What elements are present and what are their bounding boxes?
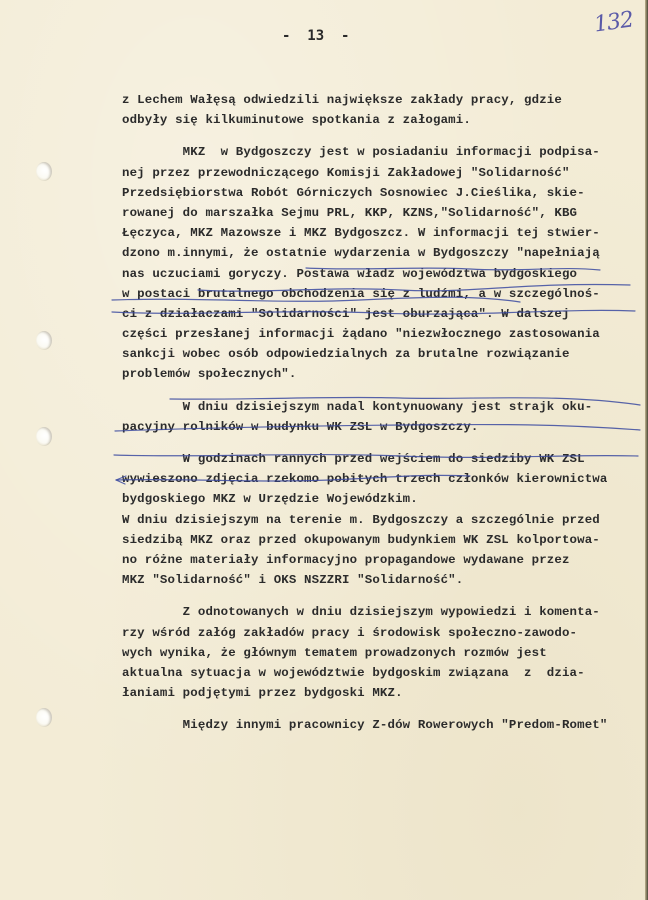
punch-hole (36, 331, 52, 350)
text-line: Między innymi pracownicy Z-dów Rowerowyc… (122, 715, 642, 735)
document-body: z Lechem Wałęsą odwiedzili największe za… (122, 90, 642, 735)
document-page: - 13 - 132 z Lechem Wałęsą odwiedzili na… (0, 0, 648, 900)
paragraph-gap (122, 385, 642, 397)
page-number: - 13 - (282, 28, 349, 44)
archive-number-handwritten: 132 (592, 7, 634, 37)
paragraph-gap (122, 590, 642, 602)
text-line: bydgoskiego MKZ w Urzędzie Wojewódzkim. (122, 489, 642, 509)
text-line: odbyły się kilkuminutowe spotkania z zał… (122, 110, 642, 130)
paragraph-gap (122, 130, 642, 142)
text-line: sankcji wobec osób odpowiedzialnych za b… (122, 344, 642, 364)
punch-hole (36, 427, 52, 446)
text-line: MKZ "Solidarność" i OKS NSZZRI "Solidarn… (122, 570, 642, 590)
text-line: wych wynika, że głównym tematem prowadzo… (122, 643, 642, 663)
text-line: Przedsiębiorstwa Robót Górniczych Sosnow… (122, 183, 642, 203)
text-line: nej przez przewodniczącego Komisji Zakła… (122, 163, 642, 183)
text-line: W dniu dzisiejszym na terenie m. Bydgosz… (122, 510, 642, 530)
text-line: W dniu dzisiejszym nadal kontynuowany je… (122, 397, 642, 417)
text-line: W godzinach rannych przed wejściem do si… (122, 449, 642, 469)
text-line: nas uczuciami goryczy. Postawa władz woj… (122, 264, 642, 284)
text-line: dzono m.innymi, że ostatnie wydarzenia w… (122, 243, 642, 263)
text-line: Łęczyca, MKZ Mazowsze i MKZ Bydgoszcz. W… (122, 223, 642, 243)
text-line: problemów społecznych". (122, 364, 642, 384)
paragraph-gap (122, 703, 642, 715)
text-line: łaniami podjętymi przez bydgoski MKZ. (122, 683, 642, 703)
text-line: pacyjny rolników w budynku WK ZSL w Bydg… (122, 417, 642, 437)
text-line: aktualna sytuacja w województwie bydgosk… (122, 663, 642, 683)
text-line: no różne materiały informacyjno propagan… (122, 550, 642, 570)
punch-hole (36, 708, 52, 727)
text-line: Z odnotowanych w dniu dzisiejszym wypowi… (122, 602, 642, 622)
text-line: MKZ w Bydgoszczy jest w posiadaniu infor… (122, 142, 642, 162)
paragraph-gap (122, 437, 642, 449)
punch-hole (36, 162, 52, 181)
text-line: ci z działaczami "Solidarności" jest obu… (122, 304, 642, 324)
text-line: części przesłanej informacji żądano "nie… (122, 324, 642, 344)
text-line: w postaci brutalnego obchodzenia się z l… (122, 284, 642, 304)
text-line: wywieszono zdjęcia rzekomo pobitych trze… (122, 469, 642, 489)
text-line: rzy wśród załóg zakładów pracy i środowi… (122, 623, 642, 643)
text-line: z Lechem Wałęsą odwiedzili największe za… (122, 90, 642, 110)
text-line: siedzibą MKZ oraz przed okupowanym budyn… (122, 530, 642, 550)
text-line: rowanej do marszałka Sejmu PRL, KKP, KZN… (122, 203, 642, 223)
